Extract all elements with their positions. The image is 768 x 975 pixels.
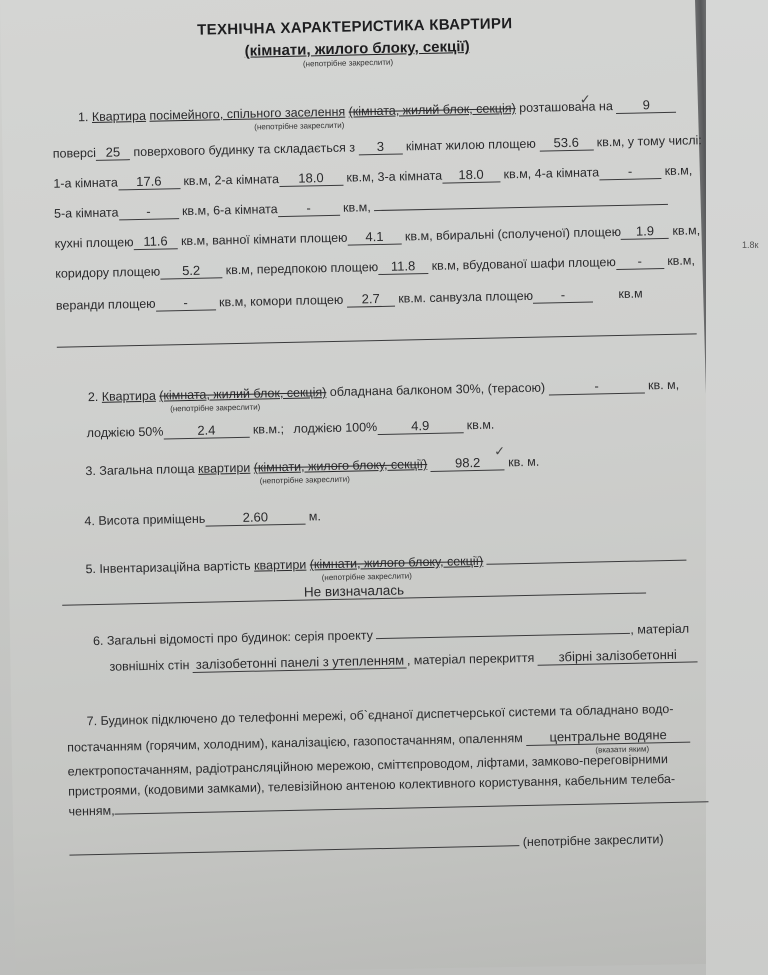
document-title: ТЕХНІЧНА ХАРАКТЕРИСТИКА КВАРТИРИ [197, 15, 512, 39]
s1-line7: веранди площею- кв.м, комори площею 2.7 … [56, 286, 643, 313]
veranda-label: веранди площею [56, 297, 156, 313]
s2-subject: Квартира [102, 389, 156, 404]
corridor-field[interactable]: 5.2 [160, 263, 222, 279]
s1-number: 1. [78, 110, 89, 124]
unit-label: кв.м.; [253, 422, 284, 437]
veranda-field[interactable]: - [155, 295, 215, 311]
loggia50-field[interactable]: 2.4 [163, 423, 249, 440]
building-label: поверхового будинку та складається з [133, 140, 355, 159]
total-floors-field[interactable]: 25 [96, 145, 130, 161]
unit-label: кв.м, [183, 173, 211, 188]
corridor-label: коридору площею [55, 265, 160, 281]
room6-label: 6-а кімната [213, 202, 278, 217]
hall-field[interactable]: 11.8 [378, 259, 428, 275]
kitchen-label: кухні площею [55, 235, 134, 251]
living-area-field[interactable]: 53.6 [539, 135, 593, 151]
walls-label: зовнішніх стін [109, 658, 189, 674]
loggia100-label: лоджією 100% [293, 420, 377, 436]
s7-line1: 7. Будинок підключено до телефонні мереж… [87, 702, 674, 728]
unit-label: кв.м, [672, 223, 700, 238]
s2-number: 2. [88, 390, 99, 404]
room6-field[interactable]: - [277, 201, 339, 217]
unit-label: кв.м, [182, 204, 210, 219]
bath-field[interactable]: 4.1 [347, 230, 401, 246]
unit-label: м. [309, 509, 321, 523]
rooms-label: кімнат жилою площею [406, 137, 536, 154]
s1-note: (непотрібне закреслити) [254, 121, 344, 132]
room3-field[interactable]: 18.0 [442, 167, 500, 183]
s7-extra-field[interactable] [69, 845, 519, 855]
s6-label: 6. Загальні відомості про будинок: серія… [93, 628, 373, 648]
storage-field[interactable]: 2.7 [347, 292, 395, 308]
floor-label: поверсі [53, 146, 96, 161]
kitchen-field[interactable]: 11.6 [133, 234, 177, 250]
height-label: 4. Висота приміщень [84, 512, 205, 529]
checkmark-icon: ✓ [494, 443, 505, 459]
s3-note: (непотрібне закреслити) [260, 475, 350, 486]
unit-label: кв.м, [667, 253, 695, 268]
s5-note: (непотрібне закреслити) [322, 571, 412, 582]
s4-line: 4. Висота приміщень2.60 м. [84, 509, 321, 529]
unit-label: кв.м, [664, 163, 692, 178]
s3-subject: квартири [198, 461, 251, 476]
s2-struck: (кімната, жилий блок, секція) [159, 385, 326, 402]
storage-label: кв.м, комори площею [219, 293, 344, 310]
s5-label: 5. Інвентаризаційна вартість [85, 559, 250, 576]
unit-label: кв.м. [467, 418, 495, 433]
s5-struck: (кімнати, жилого блоку, секції) [310, 554, 484, 572]
sanuzel-field[interactable]: - [533, 288, 593, 304]
s1-line3: 1-а кімната17.6 кв.м, 2-а кімната18.0 кв… [53, 163, 692, 191]
s2-text: обладнана балконом 30%, (терасою) [330, 381, 546, 400]
loggia50-label: лоджією 50% [86, 425, 163, 441]
subtitle-text: (кімнати, жилого блоку, секції) [244, 38, 469, 60]
s6-line2: зовнішніх стін залізобетонні панелі з ут… [109, 647, 698, 674]
s3-label: 3. Загальна площа [85, 462, 194, 478]
room-extra-field[interactable] [374, 204, 668, 211]
s1-subject-rest: посімейного, спільного заселення [149, 105, 345, 123]
room4-label: 4-а кімната [535, 165, 600, 180]
room1-field[interactable]: 17.6 [118, 174, 180, 190]
room1-label: 1-а кімната [53, 175, 118, 190]
floor-field[interactable]: 9 [616, 98, 676, 114]
photo-scene: 1.8к ТЕХНІЧНА ХАРАКТЕРИСТИКА КВАРТИРИ (к… [0, 0, 768, 975]
walls-field[interactable]: залізобетонні панелі з утепленням [193, 653, 407, 672]
closing-note: (непотрібне закреслити) [523, 832, 664, 849]
subtitle-note: (непотрібне закреслити) [303, 58, 393, 69]
closet-field[interactable]: - [616, 254, 664, 270]
height-field[interactable]: 2.60 [205, 510, 305, 527]
s2-line1: 2. Квартира (кімната, жилий блок, секція… [88, 378, 680, 405]
wc-field[interactable]: 1.9 [621, 224, 669, 240]
s1-located: розташована на [519, 99, 613, 115]
s7-text5: ченням, [68, 804, 114, 819]
loggia100-field[interactable]: 4.9 [377, 418, 463, 435]
project-series-field[interactable] [376, 633, 630, 639]
room2-label: 2-а кімната [214, 172, 279, 187]
s1-line4: 5-а кімната- кв.м, 6-а кімната- кв.м, [54, 194, 668, 222]
bath-label: кв.м, ванної кімнати площею [181, 231, 348, 248]
s2-line2: лоджією 50%2.4 кв.м.; лоджією 100%4.9 кв… [86, 418, 494, 442]
underlying-sheet [706, 0, 768, 975]
s6-line1: 6. Загальні відомості про будинок: серія… [93, 622, 689, 648]
document-subtitle: (кімнати, жилого блоку, секції) [244, 38, 469, 60]
heating-field[interactable]: центральне водяне [526, 728, 690, 746]
floors-label: , матеріал перекриття [407, 651, 535, 668]
s5-subject: квартири [254, 558, 307, 573]
incl-label: кв.м, у тому числі: [597, 133, 702, 149]
side-note: 1.8к [742, 240, 758, 250]
room5-field[interactable]: - [118, 204, 178, 220]
unit-label: кв. м, [648, 378, 679, 393]
room2-field[interactable]: 18.0 [279, 171, 343, 187]
s1-line5: кухні площею11.6 кв.м, ванної кімнати пл… [55, 223, 701, 252]
s1-line2: поверсі25 поверхового будинку та складає… [53, 133, 702, 162]
wc-label: кв.м, вбиральні (сполученої) площею [405, 225, 621, 244]
room4-field[interactable]: - [599, 164, 661, 180]
terrace-field[interactable]: - [548, 378, 644, 395]
s1-subject: Квартира [92, 109, 146, 124]
unit-label: кв.м [618, 286, 642, 301]
s1-struck: (кімната, жилий блок, секція) [349, 101, 516, 118]
checkmark-icon: ✓ [580, 92, 591, 108]
hall-label: кв.м, передпокою площею [225, 260, 378, 277]
room5-label: 5-а кімната [54, 205, 119, 220]
floors-field[interactable]: збірні залізобетонні [538, 647, 698, 665]
rooms-count-field[interactable]: 3 [358, 139, 402, 155]
s2-note: (непотрібне закреслити) [170, 403, 260, 414]
s7-text2: постачанням (горячим, холодним), каналіз… [67, 731, 523, 755]
s5-value-line: Не визначалась [62, 578, 646, 605]
unit-label: кв.м, [346, 170, 374, 185]
inventory-value-field[interactable]: Не визначалась [62, 578, 646, 605]
unit-label: кв.м, [343, 200, 371, 215]
s5-extra-field[interactable] [487, 560, 687, 565]
s1-line6: коридору площею5.2 кв.м, передпокою площ… [55, 253, 695, 281]
material-label: , матеріал [630, 622, 689, 637]
closet-label: кв.м, вбудованої шафи площею [431, 255, 615, 273]
room3-label: 3-а кімната [377, 169, 442, 184]
unit-label: кв. м. [508, 455, 539, 470]
separator-line [57, 333, 697, 347]
cable-tv-field[interactable] [115, 801, 709, 814]
sanuzel-label: кв.м. санвузла площею [398, 289, 533, 306]
s7-line6: (непотрібне закреслити) [69, 832, 664, 858]
s3-struck: (кімнати, жилого блоку, секції) [254, 457, 428, 475]
unit-label: кв.м, [503, 167, 531, 182]
form-content: ТЕХНІЧНА ХАРАКТЕРИСТИКА КВАРТИРИ (кімнат… [0, 0, 712, 975]
